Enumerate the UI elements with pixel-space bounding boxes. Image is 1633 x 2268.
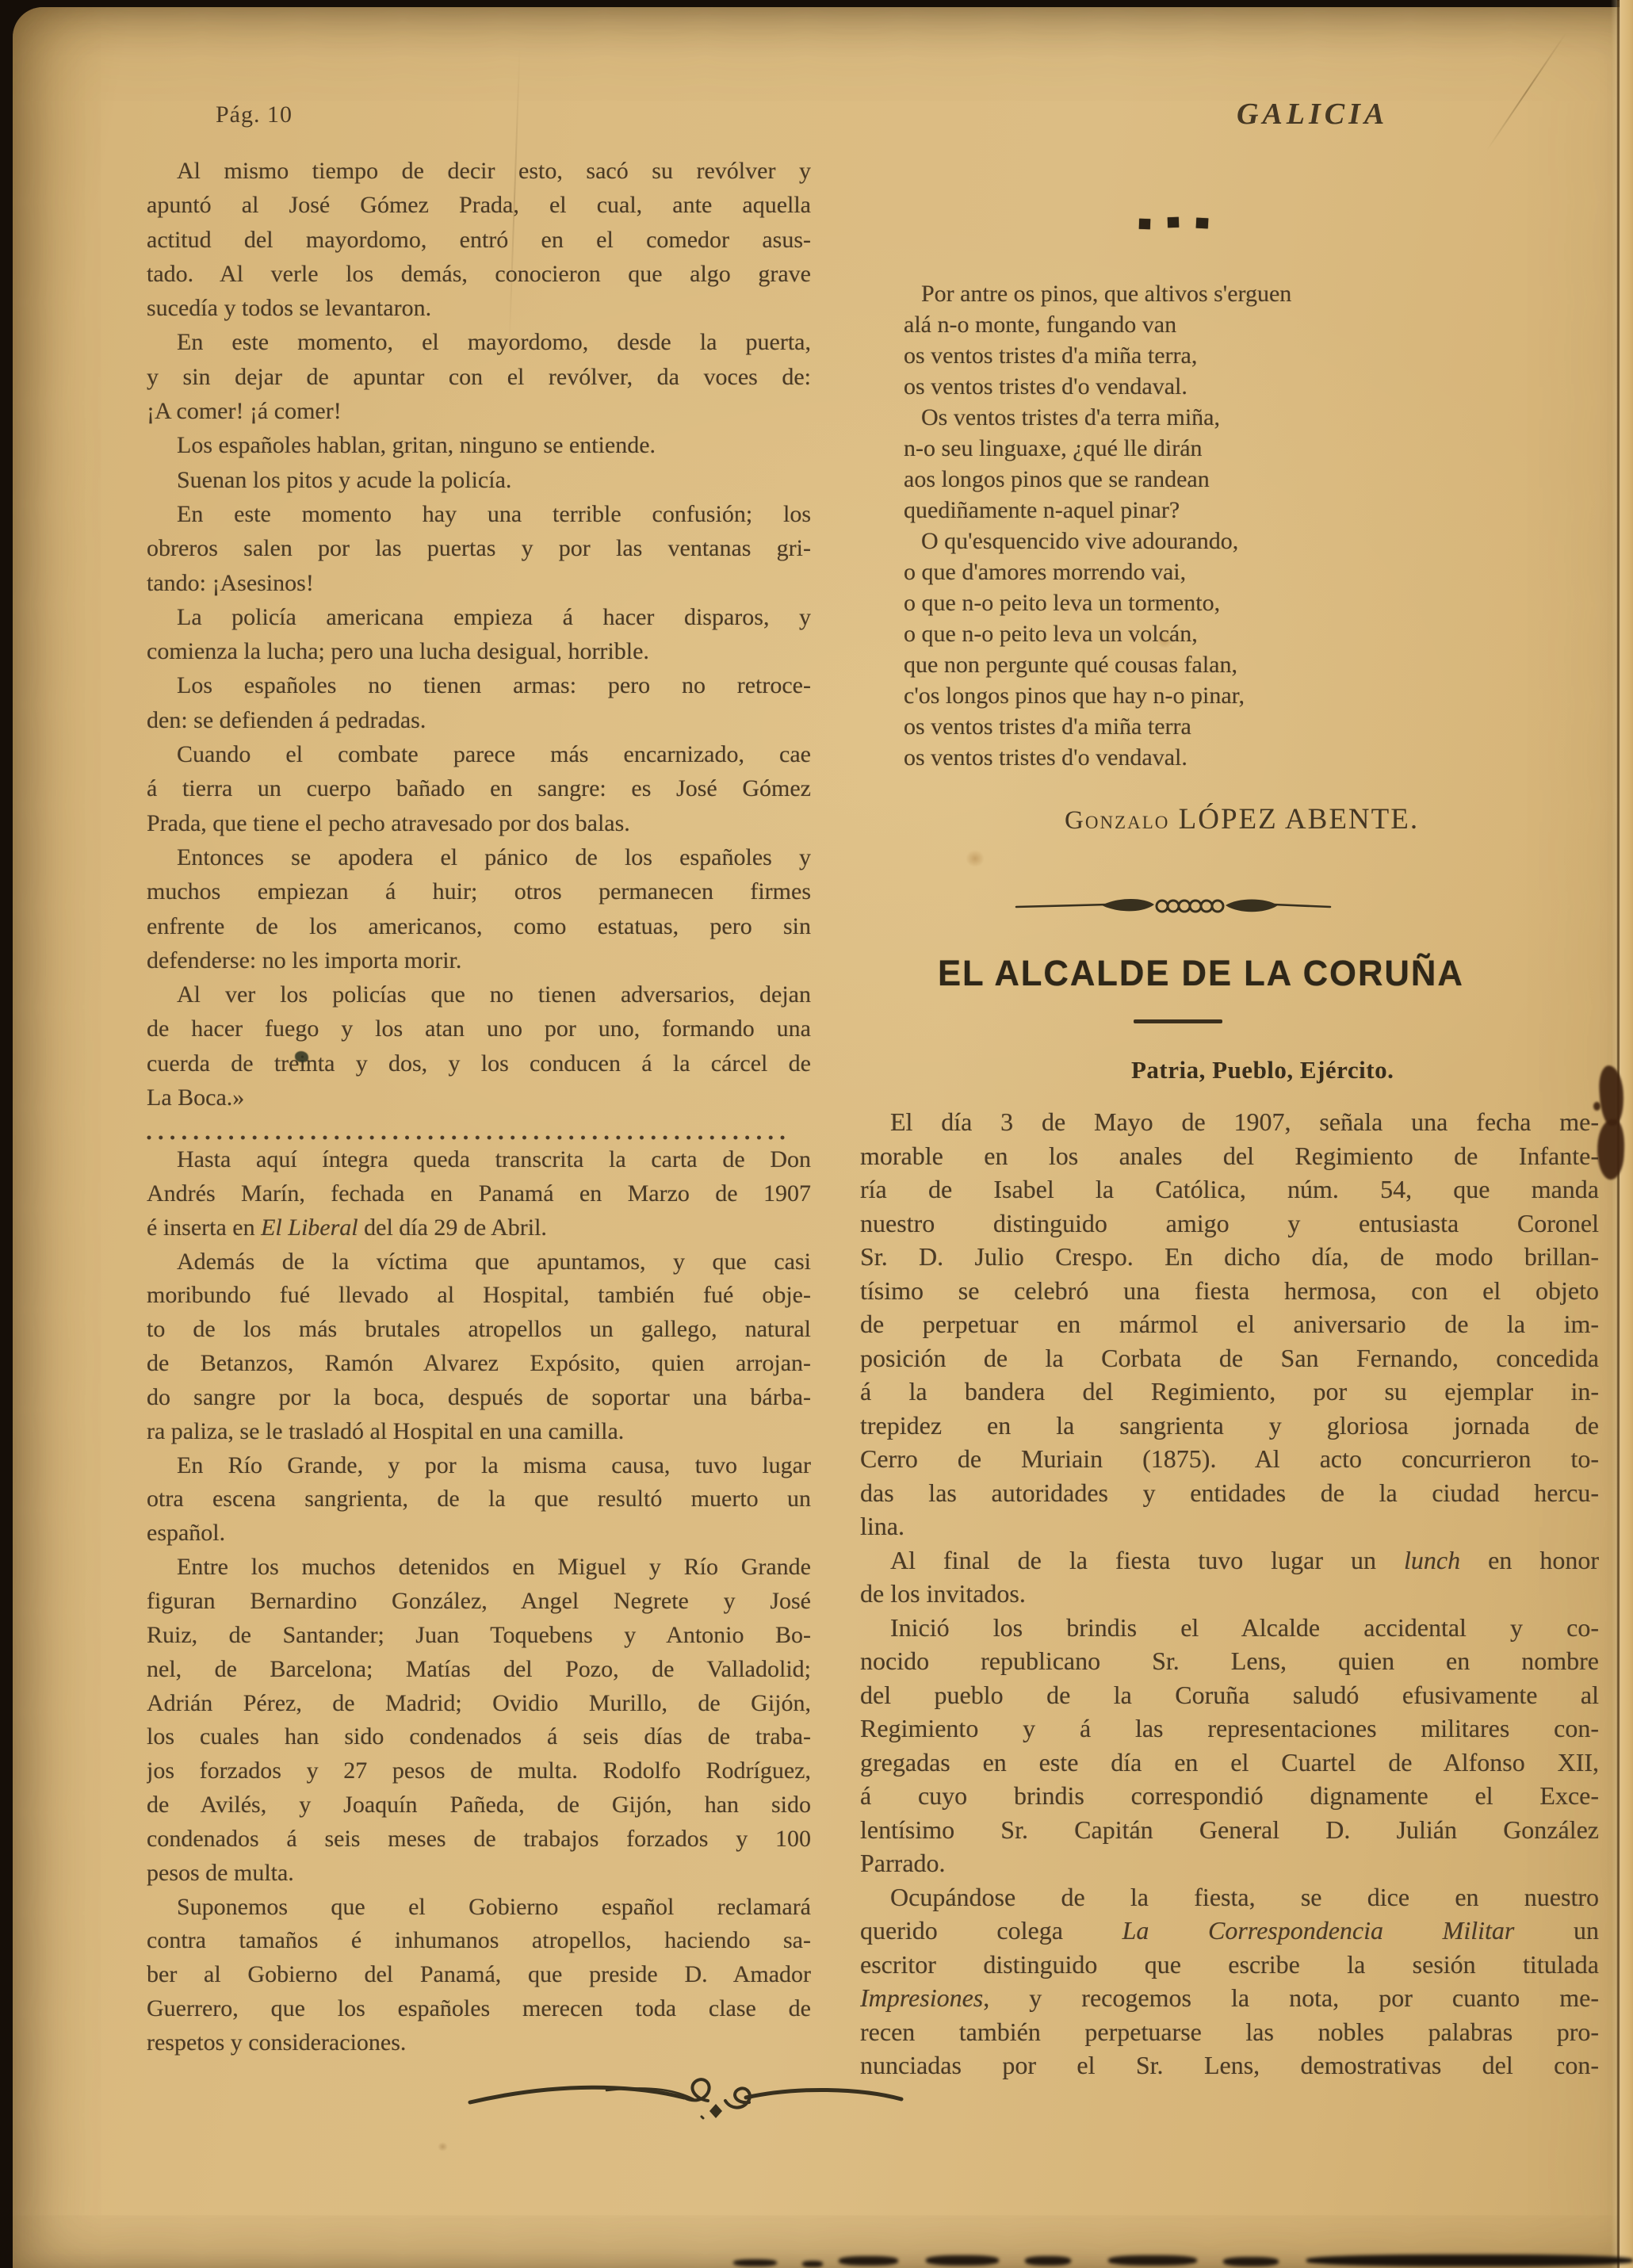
text: Andrés Marín, fechada en Panamá en Marzo… xyxy=(147,1180,811,1207)
text: Cerro de Muriain (1875). Al acto concurr… xyxy=(860,1444,1599,1473)
text: cuerda de treinta y dos, y los conducen … xyxy=(147,1050,811,1077)
text: lina. xyxy=(860,1512,904,1540)
text-line: apuntó al José Gómez Prada, el cual, ant… xyxy=(147,188,811,222)
text: Al final de la fiesta tuvo lugar un xyxy=(890,1546,1404,1574)
text: á tierra un cuerpo bañado en sangre: es … xyxy=(147,775,811,801)
text-line: é inserta en El Liberal del día 29 de Ab… xyxy=(147,1211,811,1245)
text: lentísimo Sr. Capitán General D. Julián … xyxy=(860,1815,1599,1844)
text-line: de Betanzos, Ramón Alvarez Expósito, qui… xyxy=(147,1347,811,1381)
text: querido colega xyxy=(860,1916,1122,1945)
scanned-newspaper-page: { "page": { "header_left": "Pág. 10", "h… xyxy=(0,0,1633,2268)
text-line: Entonces se apodera el pánico de los esp… xyxy=(147,840,811,874)
text-line: alá n-o monte, fungando van xyxy=(904,309,1474,340)
text: tado. Al verle los demás, conocieron que… xyxy=(147,261,811,287)
text: o que n-o peito leva un tormento, xyxy=(904,590,1220,616)
article-headline: EL ALCALDE DE LA CORUÑA xyxy=(938,953,1464,994)
text: ¡A comer! ¡á comer! xyxy=(147,398,342,424)
text-line: Ruiz, de Santander; Juan Toquebens y Ant… xyxy=(147,1619,811,1653)
text: á cuyo brindis correspondió dignamente e… xyxy=(860,1781,1599,1810)
text: nuestro distinguido amigo y entusiasta C… xyxy=(860,1209,1599,1237)
text-line: los cuales han sido condenados á seis dí… xyxy=(147,1720,811,1754)
text: Por antre os pinos, que altivos s'erguen xyxy=(921,281,1291,307)
text: escritor distinguido que escribe la sesi… xyxy=(860,1950,1599,1979)
shadow-blob xyxy=(1025,2256,1071,2266)
text-line: del pueblo de la Coruña saludó efusivame… xyxy=(860,1678,1599,1712)
text: Hasta aquí íntegra queda transcrita la c… xyxy=(177,1146,811,1172)
text-line: En este momento, el mayordomo, desde la … xyxy=(147,325,811,359)
text-line: defenderse: no les importa morir. xyxy=(147,943,811,977)
text-line: quediñamente n-aquel pinar? xyxy=(904,495,1474,526)
text-line: Además de la víctima que apuntamos, y qu… xyxy=(147,1245,811,1279)
signature-surname: LÓPEZ ABENTE. xyxy=(1169,803,1419,836)
article-subhead: Patria, Pueblo, Ejército. xyxy=(1131,1056,1394,1084)
text: tísimo se celebró una fiesta hermosa, co… xyxy=(860,1276,1599,1305)
text: Entonces se apodera el pánico de los esp… xyxy=(177,844,811,870)
text: defenderse: no les importa morir. xyxy=(147,947,461,973)
text-line: que non pergunte qué cousas falan, xyxy=(904,649,1474,680)
text-line: de los invitados. xyxy=(860,1577,1599,1611)
ink-blot xyxy=(295,1051,308,1062)
text: Cuando el combate parece más encarnizado… xyxy=(177,741,811,767)
text: respetos y consideraciones. xyxy=(147,2029,406,2056)
text: trepidez en la sangrienta y gloriosa jor… xyxy=(860,1411,1599,1440)
foxing-spot xyxy=(1443,972,1451,981)
poem-block: Por antre os pinos, que altivos s'erguen… xyxy=(904,278,1474,773)
text: Inició los brindis el Alcalde accidental… xyxy=(890,1613,1599,1642)
page-number: Pág. 10 xyxy=(216,101,293,128)
text-line: Por antre os pinos, que altivos s'erguen xyxy=(904,278,1474,309)
text: o que n-o peito leva un volcán, xyxy=(904,621,1198,647)
text: Prada, que tiene el pecho atravesado por… xyxy=(147,810,630,836)
text-line: pesos de multa. xyxy=(147,1857,811,1891)
text: , y recogemos la nota, por cuanto me- xyxy=(983,1983,1599,2012)
text-line: das las autoridades y entidades de la ci… xyxy=(860,1476,1599,1510)
text-line: o que n-o peito leva un volcán, xyxy=(904,618,1474,649)
headline-rule xyxy=(1134,1019,1222,1023)
text: En este momento hay una terrible confusi… xyxy=(177,501,811,527)
left-column-block-2: Hasta aquí íntegra queda transcrita la c… xyxy=(147,1143,811,2060)
text-line: y sin dejar de apuntar con el revólver, … xyxy=(147,360,811,394)
text: Suponemos que el Gobierno español reclam… xyxy=(177,1894,811,1920)
text: apuntó al José Gómez Prada, el cual, ant… xyxy=(147,192,811,218)
text-line: trepidez en la sangrienta y gloriosa jor… xyxy=(860,1409,1599,1443)
column-end-flourish xyxy=(464,2066,908,2125)
text: nocido republicano Sr. Lens, quien en no… xyxy=(860,1646,1599,1675)
text-line: Al final de la fiesta tuvo lugar un lunc… xyxy=(860,1543,1599,1578)
masthead-title: GALICIA xyxy=(1237,97,1388,132)
text: do sangre por la boca, después de soport… xyxy=(147,1384,811,1410)
text-line: sucedía y todos se levantaron. xyxy=(147,291,811,325)
text-line: lentísimo Sr. Capitán General D. Julián … xyxy=(860,1813,1599,1847)
text-line: obreros salen por las puertas y por las … xyxy=(147,531,811,565)
text: que non pergunte qué cousas falan, xyxy=(904,652,1237,678)
text-line: Los españoles no tienen armas: pero no r… xyxy=(147,668,811,702)
text-line: os ventos tristes d'o vendaval. xyxy=(904,371,1474,402)
text-line: moribundo fué llevado al Hospital, tambi… xyxy=(147,1279,811,1313)
text: to de los más brutales atropellos un gal… xyxy=(147,1316,811,1342)
text-line: español. xyxy=(147,1516,811,1551)
foxing-spot xyxy=(438,2142,448,2151)
text: os ventos tristes d'a miña terra, xyxy=(904,342,1197,369)
text: o que d'amores morrendo vai, xyxy=(904,559,1186,585)
text: O qu'esquencido vive adourando, xyxy=(921,528,1238,554)
text-line: otra escena sangrienta, de la que result… xyxy=(147,1482,811,1516)
text: nel, de Barcelona; Matías del Pozo, de V… xyxy=(147,1656,811,1682)
text: de Betanzos, Ramón Alvarez Expósito, qui… xyxy=(147,1350,811,1376)
text-line: En este momento hay una terrible confusi… xyxy=(147,497,811,531)
text: comienza la lucha; pero una lucha desigu… xyxy=(147,638,649,664)
text-line: O qu'esquencido vive adourando, xyxy=(904,526,1474,556)
text-line: de Avilés, y Joaquín Pañeda, de Gijón, h… xyxy=(147,1788,811,1822)
text: condenados á seis meses de trabajos forz… xyxy=(147,1826,811,1852)
text-line: jos forzados y 27 pesos de multa. Rodolf… xyxy=(147,1754,811,1788)
text: otra escena sangrienta, de la que result… xyxy=(147,1486,811,1512)
text: Los españoles hablan, gritan, ninguno se… xyxy=(177,432,656,458)
text-line: Regimiento y á las representaciones mili… xyxy=(860,1712,1599,1746)
text: tando: ¡Asesinos! xyxy=(147,570,314,596)
text: español. xyxy=(147,1520,225,1546)
text: quediñamente n-aquel pinar? xyxy=(904,497,1180,523)
text: morable en los anales del Regimiento de … xyxy=(860,1142,1599,1170)
text-line: os ventos tristes d'a miña terra xyxy=(904,711,1474,742)
text: ra paliza, se le trasladó al Hospital en… xyxy=(147,1418,624,1444)
text: obreros salen por las puertas y por las … xyxy=(147,535,811,561)
shadow-blob xyxy=(1306,2255,1633,2266)
dotted-line-icon xyxy=(147,1135,792,1140)
text: Ocupándose de la fiesta, se dice en nues… xyxy=(890,1883,1599,1911)
shadow-blob xyxy=(733,2259,777,2266)
text: ber al Gobierno del Panamá, que preside … xyxy=(147,1961,811,1987)
text: contra tamaños é inhumanos atropellos, h… xyxy=(147,1927,811,1953)
text-line: Cerro de Muriain (1875). Al acto concurr… xyxy=(860,1442,1599,1476)
text: moribundo fué llevado al Hospital, tambi… xyxy=(147,1282,811,1308)
text: n-o seu linguaxe, ¿qué lle dirán xyxy=(904,435,1203,461)
text: de Avilés, y Joaquín Pañeda, de Gijón, h… xyxy=(147,1792,811,1818)
text-line: nocido republicano Sr. Lens, quien en no… xyxy=(860,1644,1599,1678)
text-line: tísimo se celebró una fiesta hermosa, co… xyxy=(860,1274,1599,1308)
text: Al mismo tiempo de decir esto, sacó su r… xyxy=(177,158,811,184)
text: á la bandera del Regimiento, por su ejem… xyxy=(860,1377,1599,1406)
text: del día 29 de Abril. xyxy=(358,1214,547,1241)
text-line: os ventos tristes d'a miña terra, xyxy=(904,340,1474,371)
text-line: contra tamaños é inhumanos atropellos, h… xyxy=(147,1924,811,1958)
text: os ventos tristes d'o vendaval. xyxy=(904,744,1187,771)
left-column-block-1: Al mismo tiempo de decir esto, sacó su r… xyxy=(147,154,811,1149)
text-line: Andrés Marín, fechada en Panamá en Marzo… xyxy=(147,1177,811,1211)
text-line: de hacer fuego y los atan uno por uno, f… xyxy=(147,1012,811,1046)
text: Al ver los policías que no tienen advers… xyxy=(177,981,811,1008)
text: Sr. D. Julio Crespo. En dicho día, de mo… xyxy=(860,1242,1599,1271)
text-line: ría de Isabel la Católica, núm. 54, que … xyxy=(860,1172,1599,1207)
text-line: Entre los muchos detenidos en Miguel y R… xyxy=(147,1551,811,1585)
text-line: Ocupándose de la fiesta, se dice en nues… xyxy=(860,1880,1599,1914)
text-line: Guerrero, que los españoles merecen toda… xyxy=(147,1992,811,2026)
text-line: gregadas en este día en el Cuartel de Al… xyxy=(860,1746,1599,1780)
text: Entre los muchos detenidos en Miguel y R… xyxy=(177,1554,811,1580)
text-line: c'os longos pinos que hay n-o pinar, xyxy=(904,680,1474,711)
text-line: lina. xyxy=(860,1509,1599,1543)
text: jos forzados y 27 pesos de multa. Rodolf… xyxy=(147,1757,811,1784)
text-line: Hasta aquí íntegra queda transcrita la c… xyxy=(147,1143,811,1177)
text-line: nuestro distinguido amigo y entusiasta C… xyxy=(860,1207,1599,1241)
text: de hacer fuego y los atan uno por uno, f… xyxy=(147,1015,811,1042)
text-line: de perpetuar en mármol el aniversario de… xyxy=(860,1307,1599,1341)
text: El día 3 de Mayo de 1907, señala una fec… xyxy=(890,1107,1599,1136)
foxing-spot xyxy=(1156,633,1173,648)
square-icon xyxy=(1196,218,1209,229)
text-line: aos longos pinos que se randean xyxy=(904,464,1474,495)
poem-signature: Gonzalo LÓPEZ ABENTE. xyxy=(1065,802,1419,836)
text-line: muchos empiezan á huir; otros permanecen… xyxy=(147,874,811,908)
signature-first-name: Gonzalo xyxy=(1065,806,1169,835)
text: los cuales han sido condenados á seis dí… xyxy=(147,1723,811,1750)
article-body: El día 3 de Mayo de 1907, señala una fec… xyxy=(860,1105,1599,2083)
text-line: ra paliza, se le trasladó al Hospital en… xyxy=(147,1415,811,1449)
text-line: to de los más brutales atropellos un gal… xyxy=(147,1313,811,1347)
shadow-blob xyxy=(1108,2255,1197,2266)
shadow-blob xyxy=(926,2255,999,2266)
text: os ventos tristes d'o vendaval. xyxy=(904,373,1187,400)
text: alá n-o monte, fungando van xyxy=(904,312,1176,338)
text-line: En Río Grande, y por la misma causa, tuv… xyxy=(147,1449,811,1483)
text-line: Al mismo tiempo de decir esto, sacó su r… xyxy=(147,154,811,188)
text-line: La Boca.» xyxy=(147,1080,811,1115)
text-line: actitud del mayordomo, entró en el comed… xyxy=(147,223,811,257)
italic-text: lunch xyxy=(1404,1546,1460,1574)
text-line: figuran Bernardino González, Angel Negre… xyxy=(147,1585,811,1619)
text: Los españoles no tienen armas: pero no r… xyxy=(177,672,811,698)
text: un xyxy=(1514,1916,1599,1945)
text: Os ventos tristes d'a terra miña, xyxy=(921,404,1220,430)
text: En Río Grande, y por la misma causa, tuv… xyxy=(177,1452,811,1478)
text-line: Inició los brindis el Alcalde accidental… xyxy=(860,1611,1599,1645)
text: y sin dejar de apuntar con el revólver, … xyxy=(147,364,811,390)
text: pesos de multa. xyxy=(147,1860,294,1886)
text-line: El día 3 de Mayo de 1907, señala una fec… xyxy=(860,1105,1599,1139)
text-line: o que d'amores morrendo vai, xyxy=(904,556,1474,587)
italic-text: La Correspondencia Militar xyxy=(1122,1916,1515,1945)
text-line: querido colega La Correspondencia Milita… xyxy=(860,1914,1599,1948)
text-line: n-o seu linguaxe, ¿qué lle dirán xyxy=(904,433,1474,464)
text-line: morable en los anales del Regimiento de … xyxy=(860,1139,1599,1173)
text: enfrente de los americanos, como estatua… xyxy=(147,913,811,939)
text-line: tando: ¡Asesinos! xyxy=(147,566,811,600)
text: Adrián Pérez, de Madrid; Ovidio Murillo,… xyxy=(147,1690,811,1716)
text-line: escritor distinguido que escribe la sesi… xyxy=(860,1948,1599,1982)
text-line: comienza la lucha; pero una lucha desigu… xyxy=(147,634,811,668)
text-line: Los españoles hablan, gritan, ninguno se… xyxy=(147,428,811,462)
text-line: Adrián Pérez, de Madrid; Ovidio Murillo,… xyxy=(147,1687,811,1721)
text: den: se defienden á pedradas. xyxy=(147,707,426,733)
text-line: respetos y consideraciones. xyxy=(147,2026,811,2060)
text: La policía americana empieza á hacer dis… xyxy=(177,604,811,630)
text: en honor xyxy=(1460,1546,1599,1574)
text: aos longos pinos que se randean xyxy=(904,466,1210,492)
text: das las autoridades y entidades de la ci… xyxy=(860,1478,1599,1507)
text-line: den: se defienden á pedradas. xyxy=(147,703,811,737)
text: Guerrero, que los españoles merecen toda… xyxy=(147,1995,811,2021)
text-line: condenados á seis meses de trabajos forz… xyxy=(147,1822,811,1857)
text: del pueblo de la Coruña saludó efusivame… xyxy=(860,1681,1599,1709)
text: posición de la Corbata de San Fernando, … xyxy=(860,1344,1599,1372)
text: actitud del mayordomo, entró en el comed… xyxy=(147,227,811,253)
text-line: Impresiones, y recogemos la nota, por cu… xyxy=(860,1981,1599,2015)
text: muchos empiezan á huir; otros permanecen… xyxy=(147,878,811,905)
text-line: tado. Al verle los demás, conocieron que… xyxy=(147,257,811,291)
text-line: nel, de Barcelona; Matías del Pozo, de V… xyxy=(147,1653,811,1687)
text-line: Parrado. xyxy=(860,1846,1599,1880)
shadow-blob xyxy=(1223,2257,1279,2266)
square-icon xyxy=(1168,217,1179,228)
shadow-blob xyxy=(802,2261,823,2267)
text: Además de la víctima que apuntamos, y qu… xyxy=(177,1249,811,1275)
text: de los invitados. xyxy=(860,1579,1026,1608)
section-break-squares xyxy=(1139,217,1234,233)
text: de perpetuar en mármol el aniversario de… xyxy=(860,1310,1599,1338)
italic-text: Impresiones xyxy=(860,1983,983,2012)
text-line: Suponemos que el Gobierno español reclam… xyxy=(147,1891,811,1925)
text-line: do sangre por la boca, después de soport… xyxy=(147,1381,811,1415)
text: gregadas en este día en el Cuartel de Al… xyxy=(860,1748,1599,1777)
text-line: Prada, que tiene el pecho atravesado por… xyxy=(147,806,811,840)
text-line: ¡A comer! ¡á comer! xyxy=(147,394,811,428)
text-line: Suenan los pitos y acude la policía. xyxy=(147,463,811,497)
text-line: La policía americana empieza á hacer dis… xyxy=(147,600,811,634)
text-line: recen también perpetuarse las nobles pal… xyxy=(860,2015,1599,2049)
text-line: cuerda de treinta y dos, y los conducen … xyxy=(147,1046,811,1080)
text-line: á tierra un cuerpo bañado en sangre: es … xyxy=(147,771,811,805)
text: En este momento, el mayordomo, desde la … xyxy=(177,329,811,355)
text-line: nunciadas por el Sr. Lens, demostrativas… xyxy=(860,2048,1599,2083)
text: figuran Bernardino González, Angel Negre… xyxy=(147,1588,811,1614)
text: La Boca.» xyxy=(147,1084,244,1111)
square-icon xyxy=(1139,219,1150,229)
text-line: ber al Gobierno del Panamá, que preside … xyxy=(147,1958,811,1992)
text-line: á la bandera del Regimiento, por su ejem… xyxy=(860,1375,1599,1409)
text: é inserta en xyxy=(147,1214,261,1241)
poem-divider-ornament xyxy=(1015,893,1332,924)
text: recen también perpetuarse las nobles pal… xyxy=(860,2017,1599,2046)
text: Ruiz, de Santander; Juan Toquebens y Ant… xyxy=(147,1622,811,1648)
leaf-and-rings-ornament-icon xyxy=(1015,893,1332,920)
text: Suenan los pitos y acude la policía. xyxy=(177,467,511,493)
text: Regimiento y á las representaciones mili… xyxy=(860,1714,1599,1742)
text-line: Al ver los policías que no tienen advers… xyxy=(147,977,811,1012)
text-line: enfrente de los americanos, como estatua… xyxy=(147,909,811,943)
foxing-spot xyxy=(966,850,985,867)
calligraphic-flourish-icon xyxy=(464,2066,908,2121)
text: ría de Isabel la Católica, núm. 54, que … xyxy=(860,1175,1599,1203)
text: c'os longos pinos que hay n-o pinar, xyxy=(904,683,1245,709)
text: os ventos tristes d'a miña terra xyxy=(904,713,1191,740)
text-line: o que n-o peito leva un tormento, xyxy=(904,587,1474,618)
text: Parrado. xyxy=(860,1849,946,1877)
italic-text: El Liberal xyxy=(261,1214,358,1241)
text-line: Sr. D. Julio Crespo. En dicho día, de mo… xyxy=(860,1240,1599,1274)
text-line: Os ventos tristes d'a terra miña, xyxy=(904,402,1474,433)
ink-stain-speck xyxy=(1593,1102,1600,1111)
text-line: Cuando el combate parece más encarnizado… xyxy=(147,737,811,771)
text: nunciadas por el Sr. Lens, demostrativas… xyxy=(860,2051,1599,2079)
text-line: os ventos tristes d'o vendaval. xyxy=(904,742,1474,773)
shadow-blob xyxy=(839,2256,898,2266)
text: sucedía y todos se levantaron. xyxy=(147,295,431,321)
text-line: á cuyo brindis correspondió dignamente e… xyxy=(860,1779,1599,1813)
text-line: posición de la Corbata de San Fernando, … xyxy=(860,1341,1599,1375)
